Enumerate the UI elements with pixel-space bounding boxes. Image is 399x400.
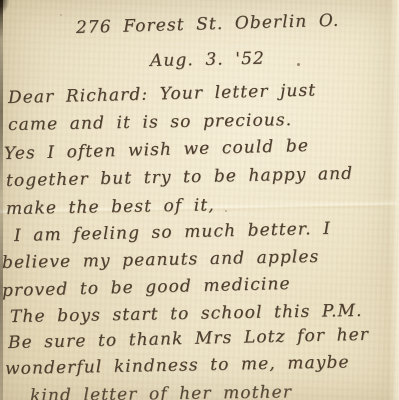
letter-line: make the best of it,: [6, 195, 215, 219]
letter-line: together but try to be happy and: [6, 164, 354, 191]
address-line: 276 Forest St. Oberlin O.: [76, 11, 340, 38]
letter-line-partial: kind letter of her mother: [30, 382, 292, 400]
ink-fleck: [60, 14, 62, 16]
paper-left-edge-shadow: [0, 0, 3, 400]
paper-right-edge-highlight: [389, 0, 399, 400]
letter-line: came and it is so precious.: [8, 110, 293, 135]
letter-line: proved to be good medicine: [2, 274, 291, 301]
letter-paper: 276 Forest St. Oberlin O. Aug. 3. '52 De…: [0, 0, 399, 400]
letter-line: believe my peanuts and apples: [2, 247, 320, 273]
letter-line: Be sure to thank Mrs Lotz for her: [8, 325, 370, 353]
letter-line: Yes I often wish we could be: [4, 136, 309, 164]
date-line: Aug. 3. '52: [150, 49, 265, 71]
letter-line: The boys start to school this P.M.: [10, 301, 363, 327]
letter-line: Dear Richard: Your letter just: [8, 80, 317, 108]
ink-fleck: [225, 210, 227, 212]
paper-corner-mark: [0, 0, 9, 14]
ink-fleck: [297, 63, 300, 66]
letter-line: wonderful kindness to me, maybe: [5, 352, 350, 379]
letter-line: I am feeling so much better. I: [14, 219, 331, 246]
